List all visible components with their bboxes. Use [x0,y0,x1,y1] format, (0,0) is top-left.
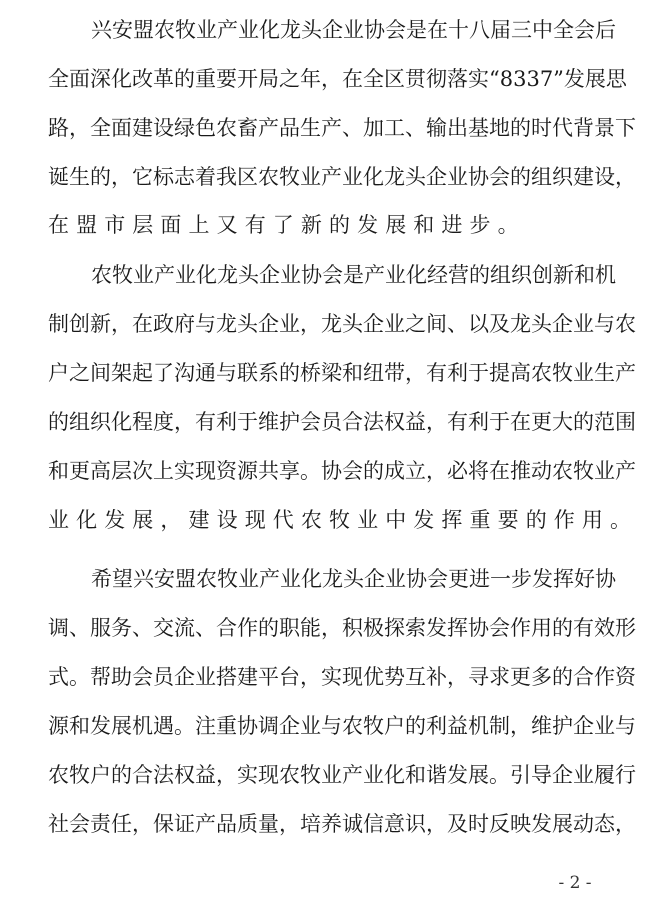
paragraph-1-line-5: 在盟市层面上又有了新的发展和进步。 [48,212,616,238]
page-number: - 2 - [548,872,602,894]
paragraph-2-line-4: 的组织化程度，有利于维护会员合法权益，有利于在更大的范围 [48,409,616,435]
paragraph-3-line-5: 农牧户的合法权益，实现农牧业产业化和谐发展。引导企业履行 [48,762,616,788]
paragraph-2-line-2: 制创新，在政府与龙头企业，龙头企业之间、以及龙头企业与农 [48,311,616,337]
paragraph-1-line-3: 路，全面建设绿色农畜产品生产、加工、输出基地的时代背景下 [48,115,616,141]
paragraph-2-line-1: 农牧业产业化龙头企业协会是产业化经营的组织创新和机 [91,262,616,288]
paragraph-1-line-1: 兴安盟农牧业产业化龙头企业协会是在十八届三中全会后 [91,17,616,43]
document-page: 兴安盟农牧业产业化龙头企业协会是在十八届三中全会后 全面深化改革的重要开局之年，… [0,0,659,911]
paragraph-1-line-4: 诞生的，它标志着我区农牧业产业化龙头企业协会的组织建设， [48,164,616,190]
paragraph-2-line-6: 业化发展，建设现代农牧业中发挥重要的作用。 [48,507,616,533]
paragraph-3-line-3: 式。帮助会员企业搭建平台，实现优势互补，寻求更多的合作资 [48,664,616,690]
paragraph-2-line-3: 户之间架起了沟通与联系的桥梁和纽带，有利于提高农牧业生产 [48,360,616,386]
paragraph-2-line-5: 和更高层次上实现资源共享。协会的成立，必将在推动农牧业产 [48,458,616,484]
paragraph-3-line-6: 社会责任，保证产品质量，培养诚信意识，及时反映发展动态， [48,811,616,837]
paragraph-1-line-2: 全面深化改革的重要开局之年，在全区贯彻落实“8337”发展思 [48,66,616,92]
paragraph-3-line-2: 调、服务、交流、合作的职能，积极探索发挥协会作用的有效形 [48,615,616,641]
paragraph-3-line-1: 希望兴安盟农牧业产业化龙头企业协会更进一步发挥好协 [91,566,616,592]
paragraph-3-line-4: 源和发展机遇。注重协调企业与农牧户的利益机制，维护企业与 [48,713,616,739]
